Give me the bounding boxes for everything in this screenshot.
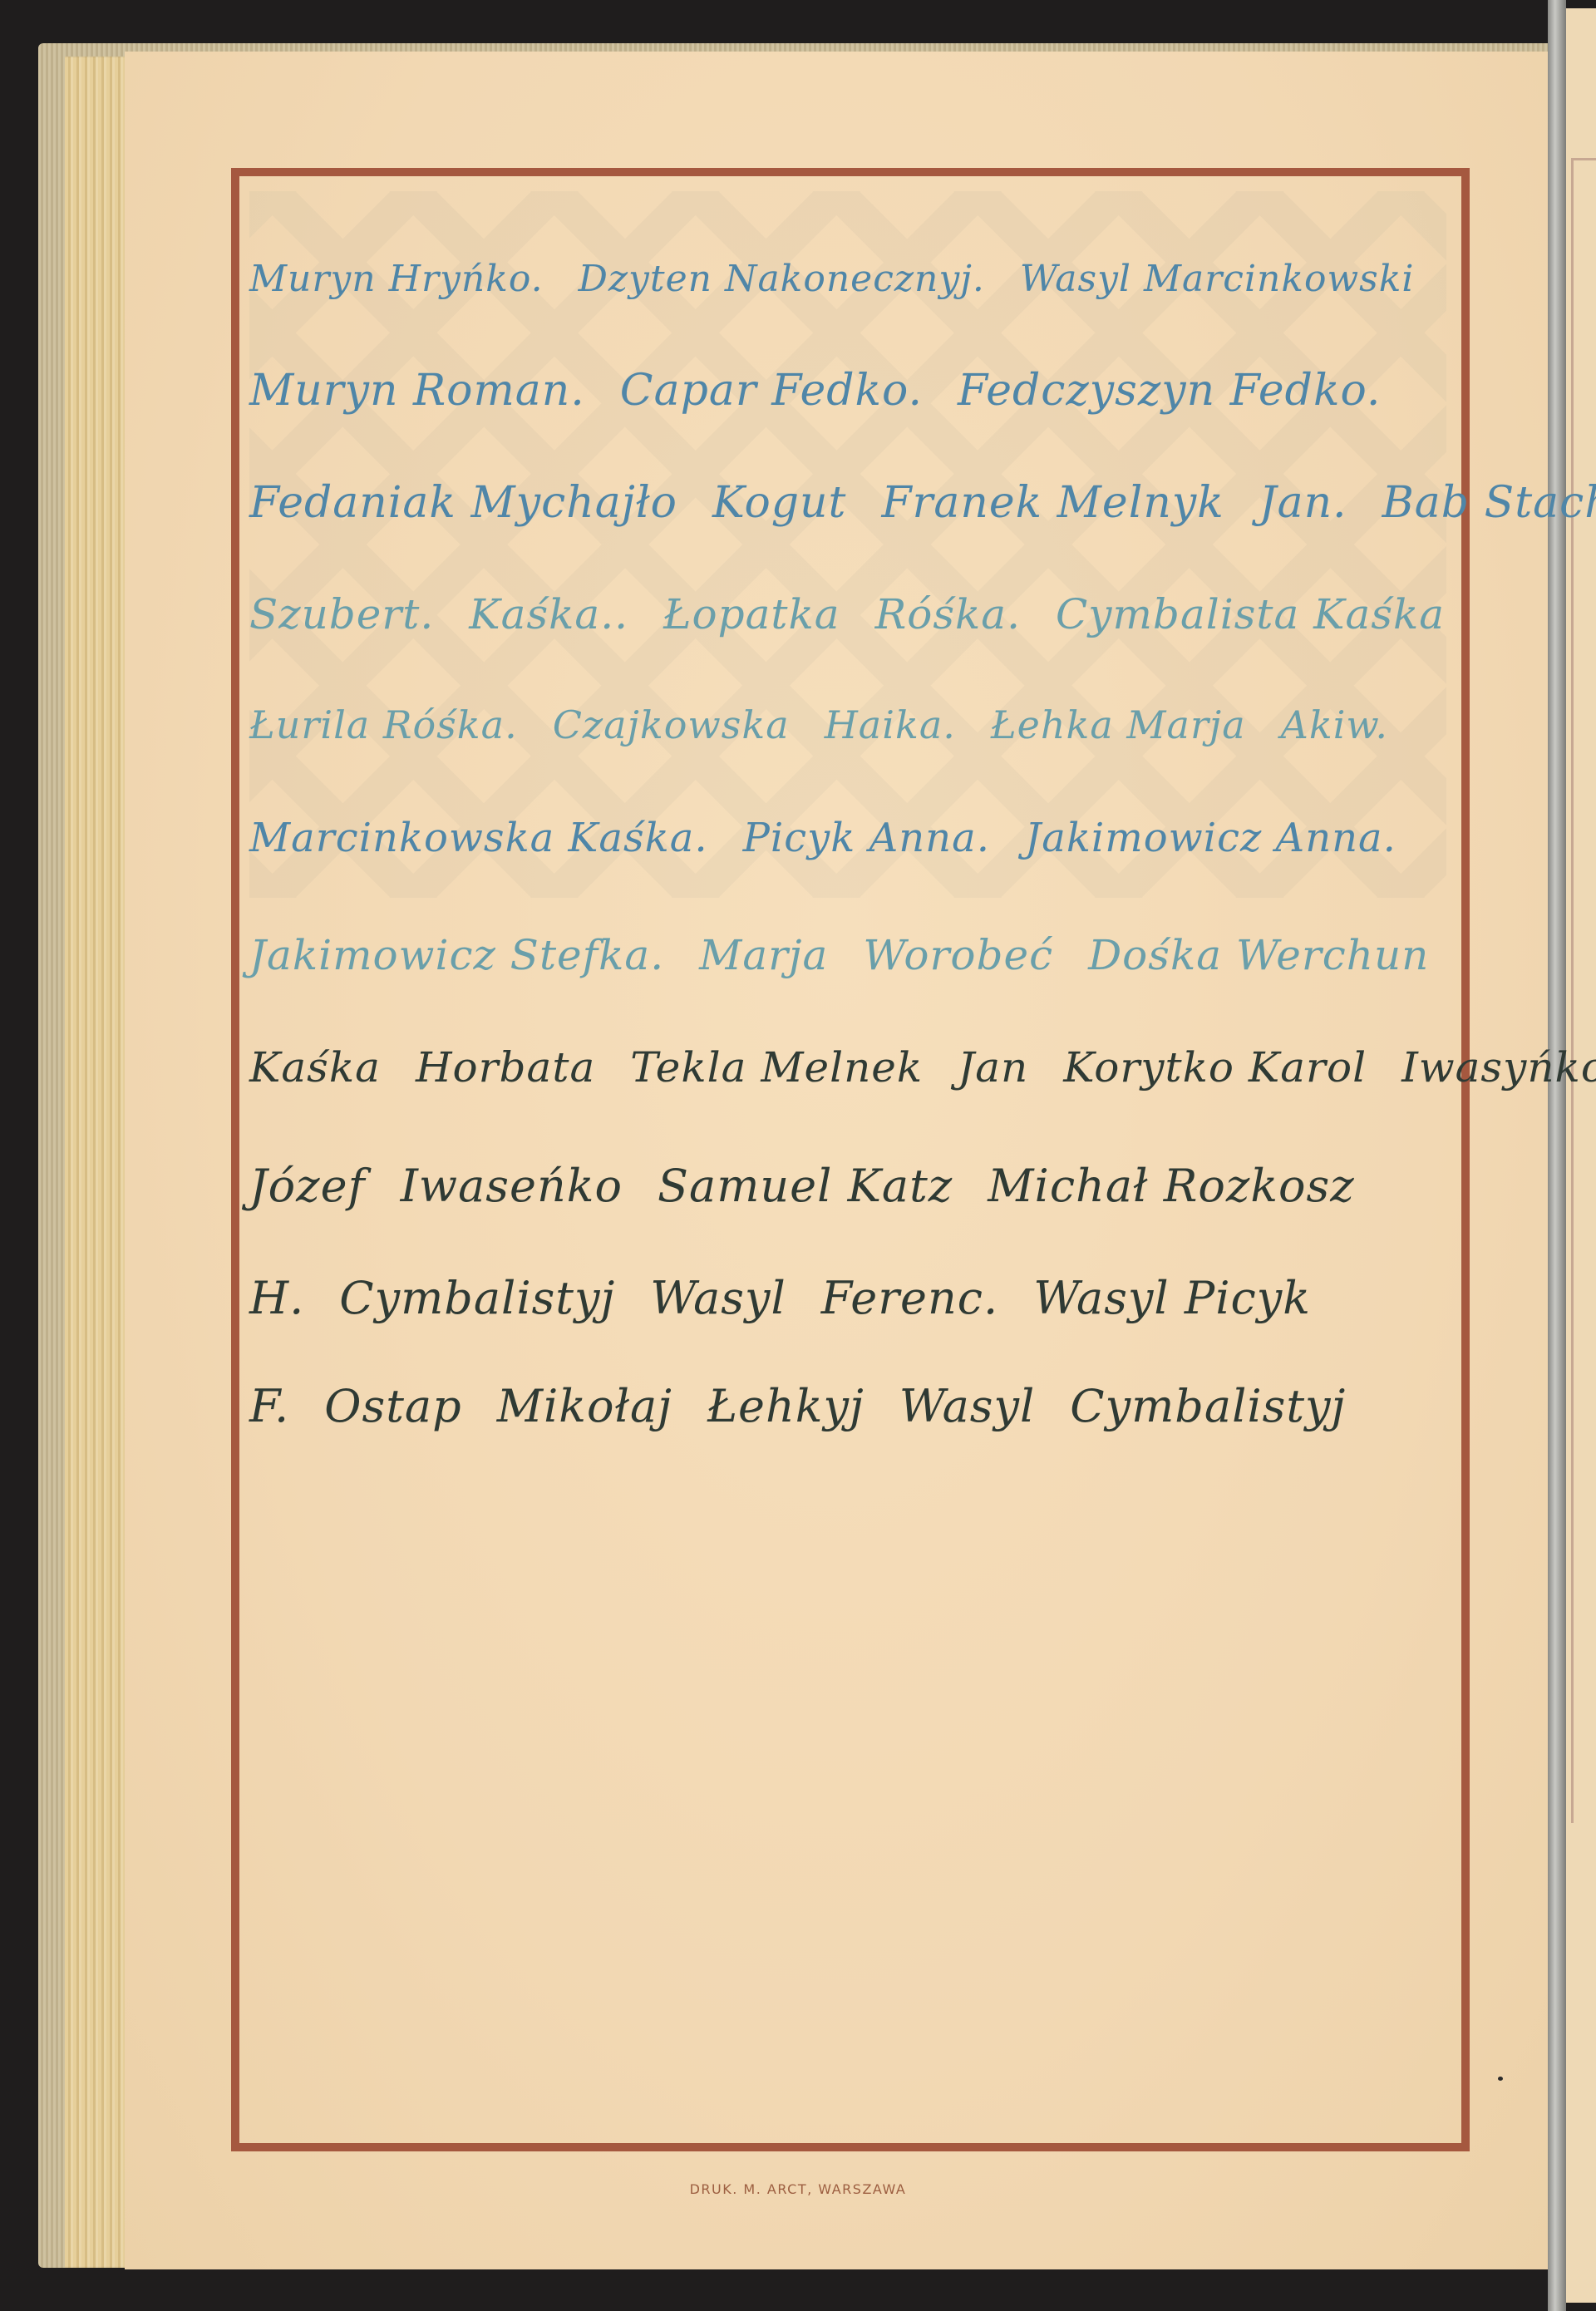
signature-entry: Horbata [416,1043,595,1091]
signature-entry: Łehkyj [707,1380,864,1432]
signature-entry: Michał Rozkosz [988,1160,1354,1212]
signature-entry: Franek Melnyk [881,478,1224,528]
signature-entry: Marcinkowska Kaśka. [249,815,708,861]
signature-entry: Szubert. [249,590,434,638]
signature-entry: F. [249,1380,289,1432]
signature-entry: Cymbalista Kaśka [1056,590,1445,638]
signature-entry: Dzyten Nakonecznyj. [579,258,985,300]
signature-entry: Capar Fedko. [620,366,923,416]
signature-entry: Kaśka [249,1043,381,1091]
signature-entry: Bab Stach [1382,478,1596,528]
signature-entry: Fedczyszyn Fedko. [958,366,1381,416]
signature-line: Łurila Róśka.CzajkowskaHaika.Łehka Marja… [249,702,1423,747]
signature-entry: Łopatka [663,590,840,638]
signature-entry: Picyk Anna. [743,815,990,861]
signature-entry: Jan. [1259,478,1347,528]
signature-entry: Fedaniak Mychajło [249,478,677,528]
signature-entry: Jan [958,1043,1028,1091]
signature-entry: Józef [249,1160,366,1212]
signature-line: Jakimowicz Stefka.MarjaWorobećDośka Werc… [249,931,1464,979]
signature-line: Fedaniak MychajłoKogutFranek MelnykJan.B… [249,478,1596,528]
signature-entry: Kogut [712,478,846,528]
next-page-ornament [1571,158,1596,1823]
signature-line: Marcinkowska Kaśka.Picyk Anna.Jakimowicz… [249,815,1431,861]
signature-entry: Wasyl Marcinkowski [1020,258,1415,300]
signature-entry: Cymbalistyj [339,1272,615,1324]
signature-entry: Łehka Marja [991,702,1246,747]
signature-entry: Worobeć [863,931,1053,979]
signature-entry: Muryn Hryńko. [249,258,544,300]
signature-entry: Cymbalistyj [1070,1380,1346,1432]
signature-entry: Dośka Werchun [1088,931,1429,979]
signature-entry: Róśka. [875,590,1021,638]
printer-imprint: DRUK. M. ARCT, WARSZAWA [0,2181,1596,2197]
signature-line: F.OstapMikołajŁehkyjWasylCymbalistyj [249,1380,1381,1432]
signature-line: JózefIwaseńkoSamuel KatzMichał Rozkosz [249,1160,1390,1212]
signature-entry: Ferenc. [821,1272,998,1324]
page-edges [65,57,127,2268]
signature-line: Muryn Hryńko.Dzyten Nakonecznyj.Wasyl Ma… [249,258,1450,300]
signature-entry: H. [249,1272,304,1324]
signature-entry: Muryn Roman. [249,366,585,416]
signature-entry: Iwasyńko [1401,1043,1596,1091]
signature-entry: Marja [699,931,828,979]
signature-entry: Mikołaj [497,1380,672,1432]
signature-entry: Haika. [825,702,956,747]
signature-entry: Ostap [324,1380,461,1432]
signature-entry: Czajkowska [553,702,790,747]
signature-entry: Samuel Katz [658,1160,953,1212]
signature-line: KaśkaHorbataTekla MelnekJanKorytko Karol… [249,1043,1596,1091]
ink-speck [1498,2077,1503,2081]
signature-entry: Korytko Karol [1063,1043,1367,1091]
signature-entry: Wasyl [650,1272,786,1324]
signature-line: H.CymbalistyjWasylFerenc.Wasyl Picyk [249,1272,1346,1324]
next-page-edge [1566,8,1596,2303]
signature-entry: Jakimowicz Anna. [1025,815,1396,861]
signature-entry: Akiw. [1281,702,1388,747]
signature-entry: Jakimowicz Stefka. [249,931,664,979]
signature-entry: Kaśka.. [469,590,628,638]
signature-entry: Iwaseńko [401,1160,623,1212]
signature-line: Muryn Roman.Capar Fedko.Fedczyszyn Fedko… [249,366,1416,416]
signature-line: Szubert.Kaśka..ŁopatkaRóśka.Cymbalista K… [249,590,1480,638]
signature-entry: Wasyl Picyk [1033,1272,1311,1324]
signature-entry: Wasyl [899,1380,1036,1432]
book-gutter [1548,0,1566,2311]
signature-entry: Łurila Róśka. [249,702,518,747]
signature-entry: Tekla Melnek [630,1043,923,1091]
